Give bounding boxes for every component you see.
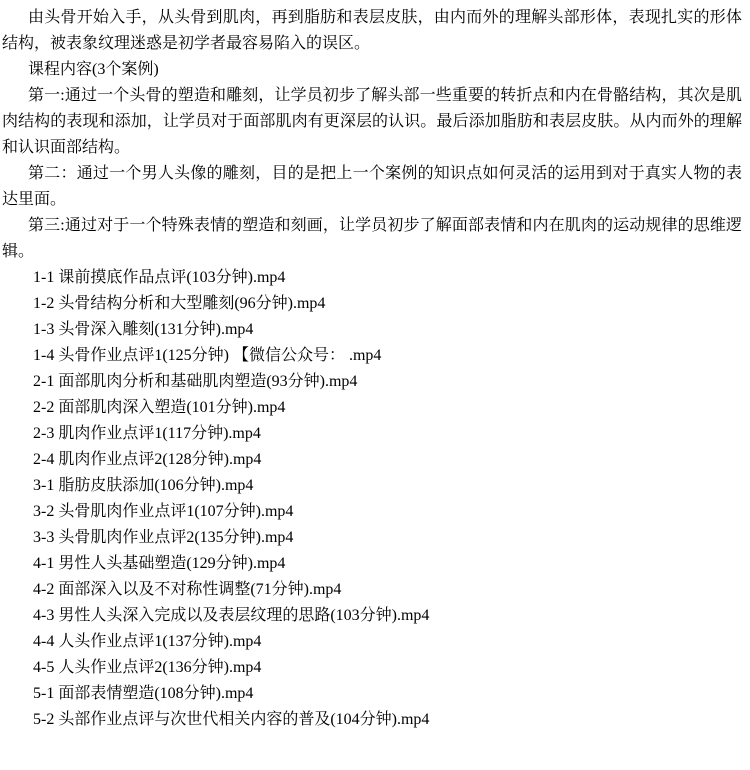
video-file-item: 3-2 头骨肌肉作业点评1(107分钟).mp4 xyxy=(2,499,742,525)
document-page: 由头骨开始入手，从头骨到肌肉，再到脂肪和表层皮肤，由内而外的理解头部形体，表现扎… xyxy=(0,0,750,770)
case-2-paragraph: 第二：通过一个男人头像的雕刻，目的是把上一个案例的知识点如何灵活的运用到对于真实… xyxy=(2,161,742,213)
video-file-item: 4-3 男性人头深入完成以及表层纹理的思路(103分钟).mp4 xyxy=(2,603,742,629)
video-file-item: 1-3 头骨深入雕刻(131分钟).mp4 xyxy=(2,317,742,343)
video-file-item: 1-2 头骨结构分析和大型雕刻(96分钟).mp4 xyxy=(2,291,742,317)
video-file-item: 2-3 肌肉作业点评1(117分钟).mp4 xyxy=(2,421,742,447)
video-file-item: 3-3 头骨肌肉作业点评2(135分钟).mp4 xyxy=(2,525,742,551)
intro-paragraph: 由头骨开始入手，从头骨到肌肉，再到脂肪和表层皮肤，由内而外的理解头部形体，表现扎… xyxy=(2,5,742,57)
video-file-item: 1-4 头骨作业点评1(125分钟) 【微信公众号： .mp4 xyxy=(2,343,742,369)
video-file-item: 5-1 面部表情塑造(108分钟).mp4 xyxy=(2,681,742,707)
video-file-item: 5-2 头部作业点评与次世代相关内容的普及(104分钟).mp4 xyxy=(2,707,742,733)
video-file-item: 1-1 课前摸底作品点评(103分钟).mp4 xyxy=(2,265,742,291)
video-file-item: 4-5 人头作业点评2(136分钟).mp4 xyxy=(2,655,742,681)
case-3-paragraph: 第三:通过对于一个特殊表情的塑造和刻画，让学员初步了解面部表情和内在肌肉的运动规… xyxy=(2,213,742,265)
video-file-item: 4-4 人头作业点评1(137分钟).mp4 xyxy=(2,629,742,655)
video-file-list: 1-1 课前摸底作品点评(103分钟).mp4 1-2 头骨结构分析和大型雕刻(… xyxy=(2,265,742,733)
course-content-heading: 课程内容(3个案例) xyxy=(2,57,742,83)
video-file-item: 2-1 面部肌肉分析和基础肌肉塑造(93分钟).mp4 xyxy=(2,369,742,395)
case-1-paragraph: 第一:通过一个头骨的塑造和雕刻，让学员初步了解头部一些重要的转折点和内在骨骼结构… xyxy=(2,83,742,161)
video-file-item: 4-2 面部深入以及不对称性调整(71分钟).mp4 xyxy=(2,577,742,603)
video-file-item: 3-1 脂肪皮肤添加(106分钟).mp4 xyxy=(2,473,742,499)
video-file-item: 2-4 肌肉作业点评2(128分钟).mp4 xyxy=(2,447,742,473)
video-file-item: 4-1 男性人头基础塑造(129分钟).mp4 xyxy=(2,551,742,577)
video-file-item: 2-2 面部肌肉深入塑造(101分钟).mp4 xyxy=(2,395,742,421)
